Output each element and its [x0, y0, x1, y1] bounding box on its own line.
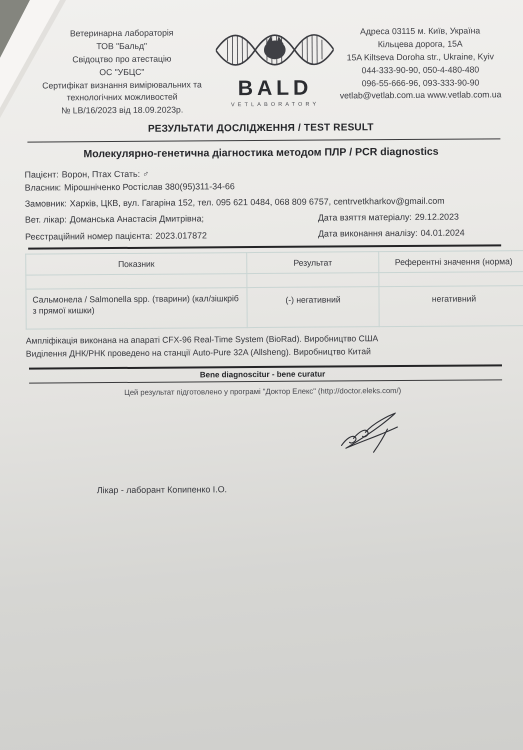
phone-line2: 096-55-666-96, 093-333-90-90 — [335, 76, 506, 90]
registration-number-line: Реєстраційний номер пацієнта:2023.017872 — [25, 230, 207, 241]
doctor-signature-line: Лікар - лаборант Копипенко І.О. — [97, 484, 227, 495]
analysis-date-value: 04.01.2024 — [421, 228, 465, 238]
cell-result: (-) негативний — [247, 287, 379, 328]
owner-value: Мірошніченко Ростіслав 380(95)311-34-66 — [64, 181, 235, 192]
email-web-line: vetlab@vetlab.com.ua www.vetlab.com.ua — [335, 89, 506, 103]
table-row: Сальмонела / Salmonella spp. (тварини) (… — [26, 286, 523, 330]
divider-above-table — [28, 244, 501, 249]
phone-line1: 044-333-90-90, 050-4-480-480 — [335, 63, 506, 77]
address-line2: Кільцева дорога, 15А — [335, 37, 506, 51]
address-line1: Адреса 03115 м. Київ, Україна — [335, 24, 506, 38]
material-date-line: Дата взяття матеріалу:29.12.2023 — [318, 212, 459, 223]
customer-line: Замовник:Харків, ЦКВ, вул. Гагаріна 152,… — [25, 196, 445, 209]
software-note: Цей результат підготовлено у програмі "Д… — [1, 385, 523, 398]
cell-reference: негативний — [379, 286, 523, 327]
vet-doctor-line: Вет. лікар:Доманська Анастасія Дмитрівна… — [25, 213, 204, 224]
address-line3: 15A Kiltseva Doroha str., Ukraine, Kyiv — [335, 50, 506, 64]
extraction-note: Виділення ДНК/РНК проведено на станції A… — [26, 344, 504, 361]
patient-value: Ворон, Птах Стать: ♂ — [62, 169, 149, 180]
registration-number-value: 2023.017872 — [155, 230, 206, 240]
patient-label: Пацієнт: — [25, 169, 59, 179]
document-title: РЕЗУЛЬТАТИ ДОСЛІДЖЕННЯ / TEST RESULT — [0, 121, 522, 136]
logo-wordmark: BALD — [215, 77, 335, 99]
vet-doctor-value: Доманська Анастасія Дмитрівна; — [70, 213, 204, 224]
analysis-date-line: Дата виконання аналізу:04.01.2024 — [318, 228, 465, 239]
cell-indicator: Сальмонела / Salmonella spp. (тварини) (… — [26, 288, 247, 330]
patient-line: Пацієнт:Ворон, Птах Стать: ♂ — [25, 169, 149, 180]
lab-address-block: Адреса 03115 м. Київ, Україна Кільцева д… — [335, 24, 507, 103]
owner-label: Власник: — [25, 182, 61, 192]
header-result: Результат — [247, 252, 379, 274]
owner-line: Власник:Мірошніченко Ростіслав 380(95)31… — [25, 181, 235, 192]
header-indicator: Показник — [26, 253, 247, 276]
logo-subtitle: VETLABORATORY — [215, 101, 335, 108]
results-table: Показник Результат Референтні значення (… — [25, 250, 523, 330]
registration-number-label: Реєстраційний номер пацієнта: — [25, 231, 152, 242]
document-subtitle: Молекулярно-генетична діагностика методо… — [0, 145, 523, 161]
analysis-date-label: Дата виконання аналізу: — [318, 228, 418, 239]
logo-block: BALD VETLABORATORY — [215, 27, 336, 108]
material-date-label: Дата взяття матеріалу: — [318, 212, 412, 223]
vet-doctor-label: Вет. лікар: — [25, 214, 67, 224]
dna-helix-cat-icon — [216, 27, 334, 72]
customer-value: Харків, ЦКВ, вул. Гагаріна 152, тел. 095… — [70, 196, 445, 209]
divider-under-title — [27, 138, 500, 142]
customer-label: Замовник: — [25, 198, 67, 208]
page-corner-fold — [0, 0, 120, 120]
handwritten-signature — [331, 411, 409, 466]
method-notes: Ампліфікація виконана на апараті CFX-96 … — [26, 331, 504, 361]
header-reference: Референтні значення (норма) — [379, 251, 523, 273]
material-date-value: 29.12.2023 — [415, 212, 459, 222]
